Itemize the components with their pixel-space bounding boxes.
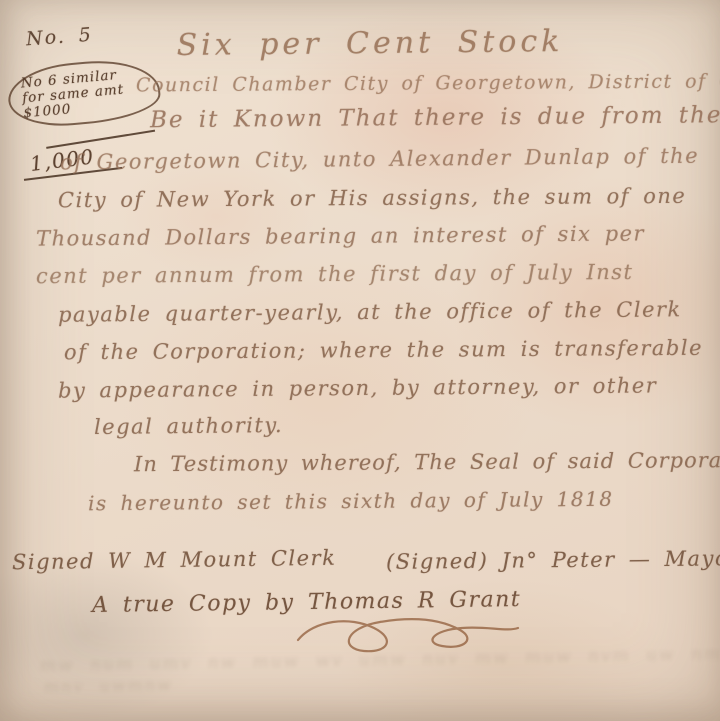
body-line: of Georgetown City, unto Alexander Dunla…	[60, 144, 699, 175]
certificate-number: No. 5	[25, 24, 93, 51]
bleedthrough-text: mnv uwmnw	[44, 675, 173, 696]
testimony-line: is hereunto set this sixth day of July 1…	[88, 487, 614, 516]
manuscript-page: No. 5 No 6 similar for same amt $1000 1,…	[0, 0, 720, 721]
body-line: City of New York or His assigns, the sum…	[58, 184, 686, 212]
document-title: Six per Cent Stock	[160, 24, 580, 63]
body-line: legal authority.	[94, 413, 283, 439]
body-line: Be it Known That there is due from the C…	[150, 101, 720, 134]
body-line: by appearance in person, by attorney, or…	[58, 373, 657, 402]
body-line: payable quarter-yearly, at the office of…	[58, 297, 682, 326]
clerk-signature: Signed W M Mount Clerk	[12, 546, 337, 575]
body-line: of the Corporation; where the sum is tra…	[64, 336, 703, 364]
mayor-signature: (Signed) Jn° Peter — Mayor	[386, 546, 720, 574]
testimony-line: In Testimony whereof, The Seal of said C…	[134, 448, 720, 476]
body-line: Thousand Dollars bearing an interest of …	[36, 221, 645, 250]
dateline: Council Chamber City of Georgetown, Dist…	[136, 70, 720, 97]
body-line: cent per annum from the first day of Jul…	[36, 260, 634, 288]
